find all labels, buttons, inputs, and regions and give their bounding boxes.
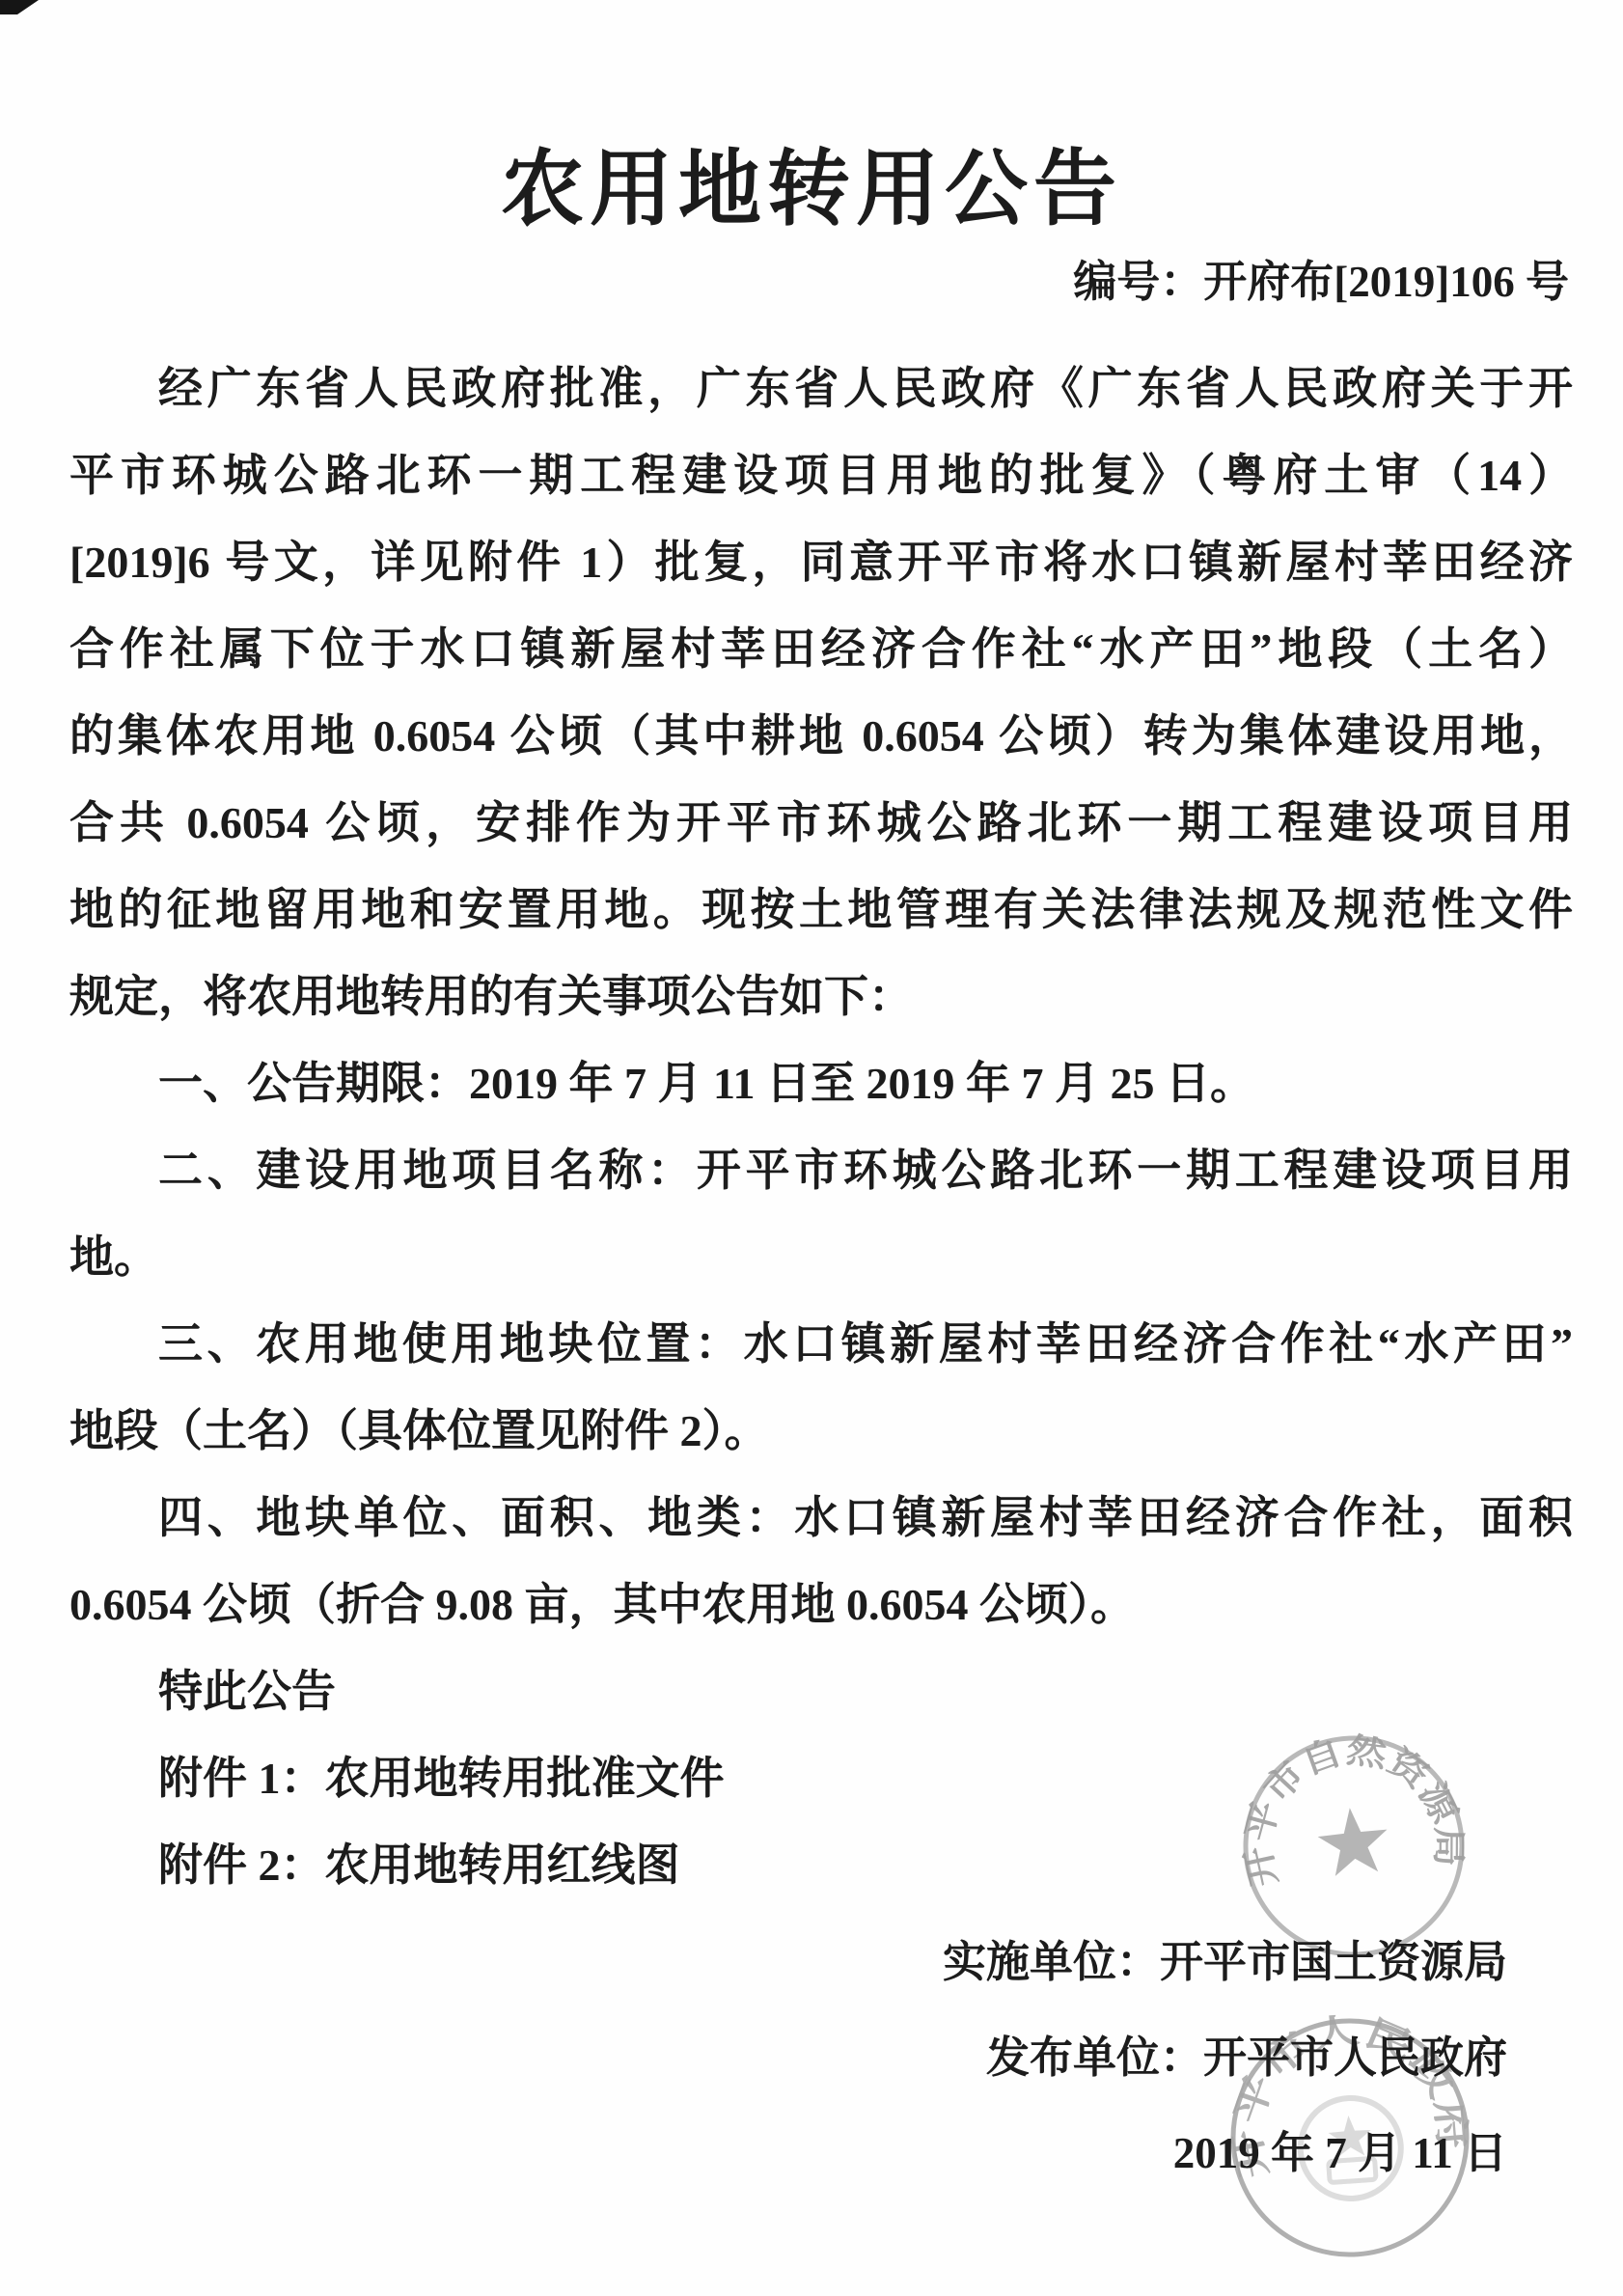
body-line: [2019]6 号文，详见附件 1）批复，同意开平市将水口镇新屋村莘田经济 bbox=[69, 519, 1573, 606]
item-2-project-name: 二、建设用地项目名称：开平市环城公路北环一期工程建设项目用 bbox=[69, 1127, 1573, 1214]
item-1-notice-period: 一、公告期限：2019 年 7 月 11 日至 2019 年 7 月 25 日。 bbox=[69, 1040, 1573, 1127]
body-line: 合共 0.6054 公顷，安排作为开平市环城公路北环一期工程建设项目用 bbox=[69, 780, 1573, 867]
body-line: 合作社属下位于水口镇新屋村莘田经济合作社“水产田”地段（土名） bbox=[69, 606, 1573, 693]
body-line: 地。 bbox=[69, 1214, 1573, 1301]
attachment-1: 附件 1：农用地转用批准文件 bbox=[69, 1735, 1573, 1822]
signature-block: 实施单位：开平市国土资源局 发布单位：开平市人民政府 2019 年 7 月 11… bbox=[0, 1915, 1623, 2201]
closing-statement: 特此公告 bbox=[69, 1648, 1573, 1735]
page-title: 农用地转用公告 bbox=[0, 0, 1623, 243]
body-line: 规定，将农用地转用的有关事项公告如下： bbox=[69, 954, 1573, 1040]
document-number: 编号：开府布[2019]106 号 bbox=[0, 251, 1623, 313]
attachment-2: 附件 2：农用地转用红线图 bbox=[69, 1822, 1573, 1909]
body-line: 的集体农用地 0.6054 公顷（其中耕地 0.6054 公顷）转为集体建设用地… bbox=[69, 693, 1573, 780]
announcement-body: 经广东省人民政府批准，广东省人民政府《广东省人民政府关于开 平市环城公路北环一期… bbox=[0, 346, 1623, 1909]
announcement-document: 农用地转用公告 编号：开府布[2019]106 号 经广东省人民政府批准，广东省… bbox=[0, 0, 1623, 2296]
issuing-unit: 发布单位：开平市人民政府 bbox=[0, 2010, 1507, 2106]
announcement-date: 2019 年 7 月 11 日 bbox=[0, 2106, 1507, 2201]
implementing-unit: 实施单位：开平市国土资源局 bbox=[0, 1915, 1507, 2010]
body-line: 经广东省人民政府批准，广东省人民政府《广东省人民政府关于开 bbox=[69, 346, 1573, 432]
body-line: 0.6054 公顷（折合 9.08 亩，其中农用地 0.6054 公顷）。 bbox=[69, 1562, 1573, 1648]
item-4-plot-unit-area: 四、地块单位、面积、地类：水口镇新屋村莘田经济合作社，面积 bbox=[69, 1475, 1573, 1562]
item-3-plot-location: 三、农用地使用地块位置：水口镇新屋村莘田经济合作社“水产田” bbox=[69, 1301, 1573, 1388]
body-line: 地段（土名）（具体位置见附件 2）。 bbox=[69, 1388, 1573, 1475]
body-line: 地的征地留用地和安置用地。现按土地管理有关法律法规及规范性文件 bbox=[69, 867, 1573, 954]
body-line: 平市环城公路北环一期工程建设项目用地的批复》（粤府土审（14） bbox=[69, 432, 1573, 519]
